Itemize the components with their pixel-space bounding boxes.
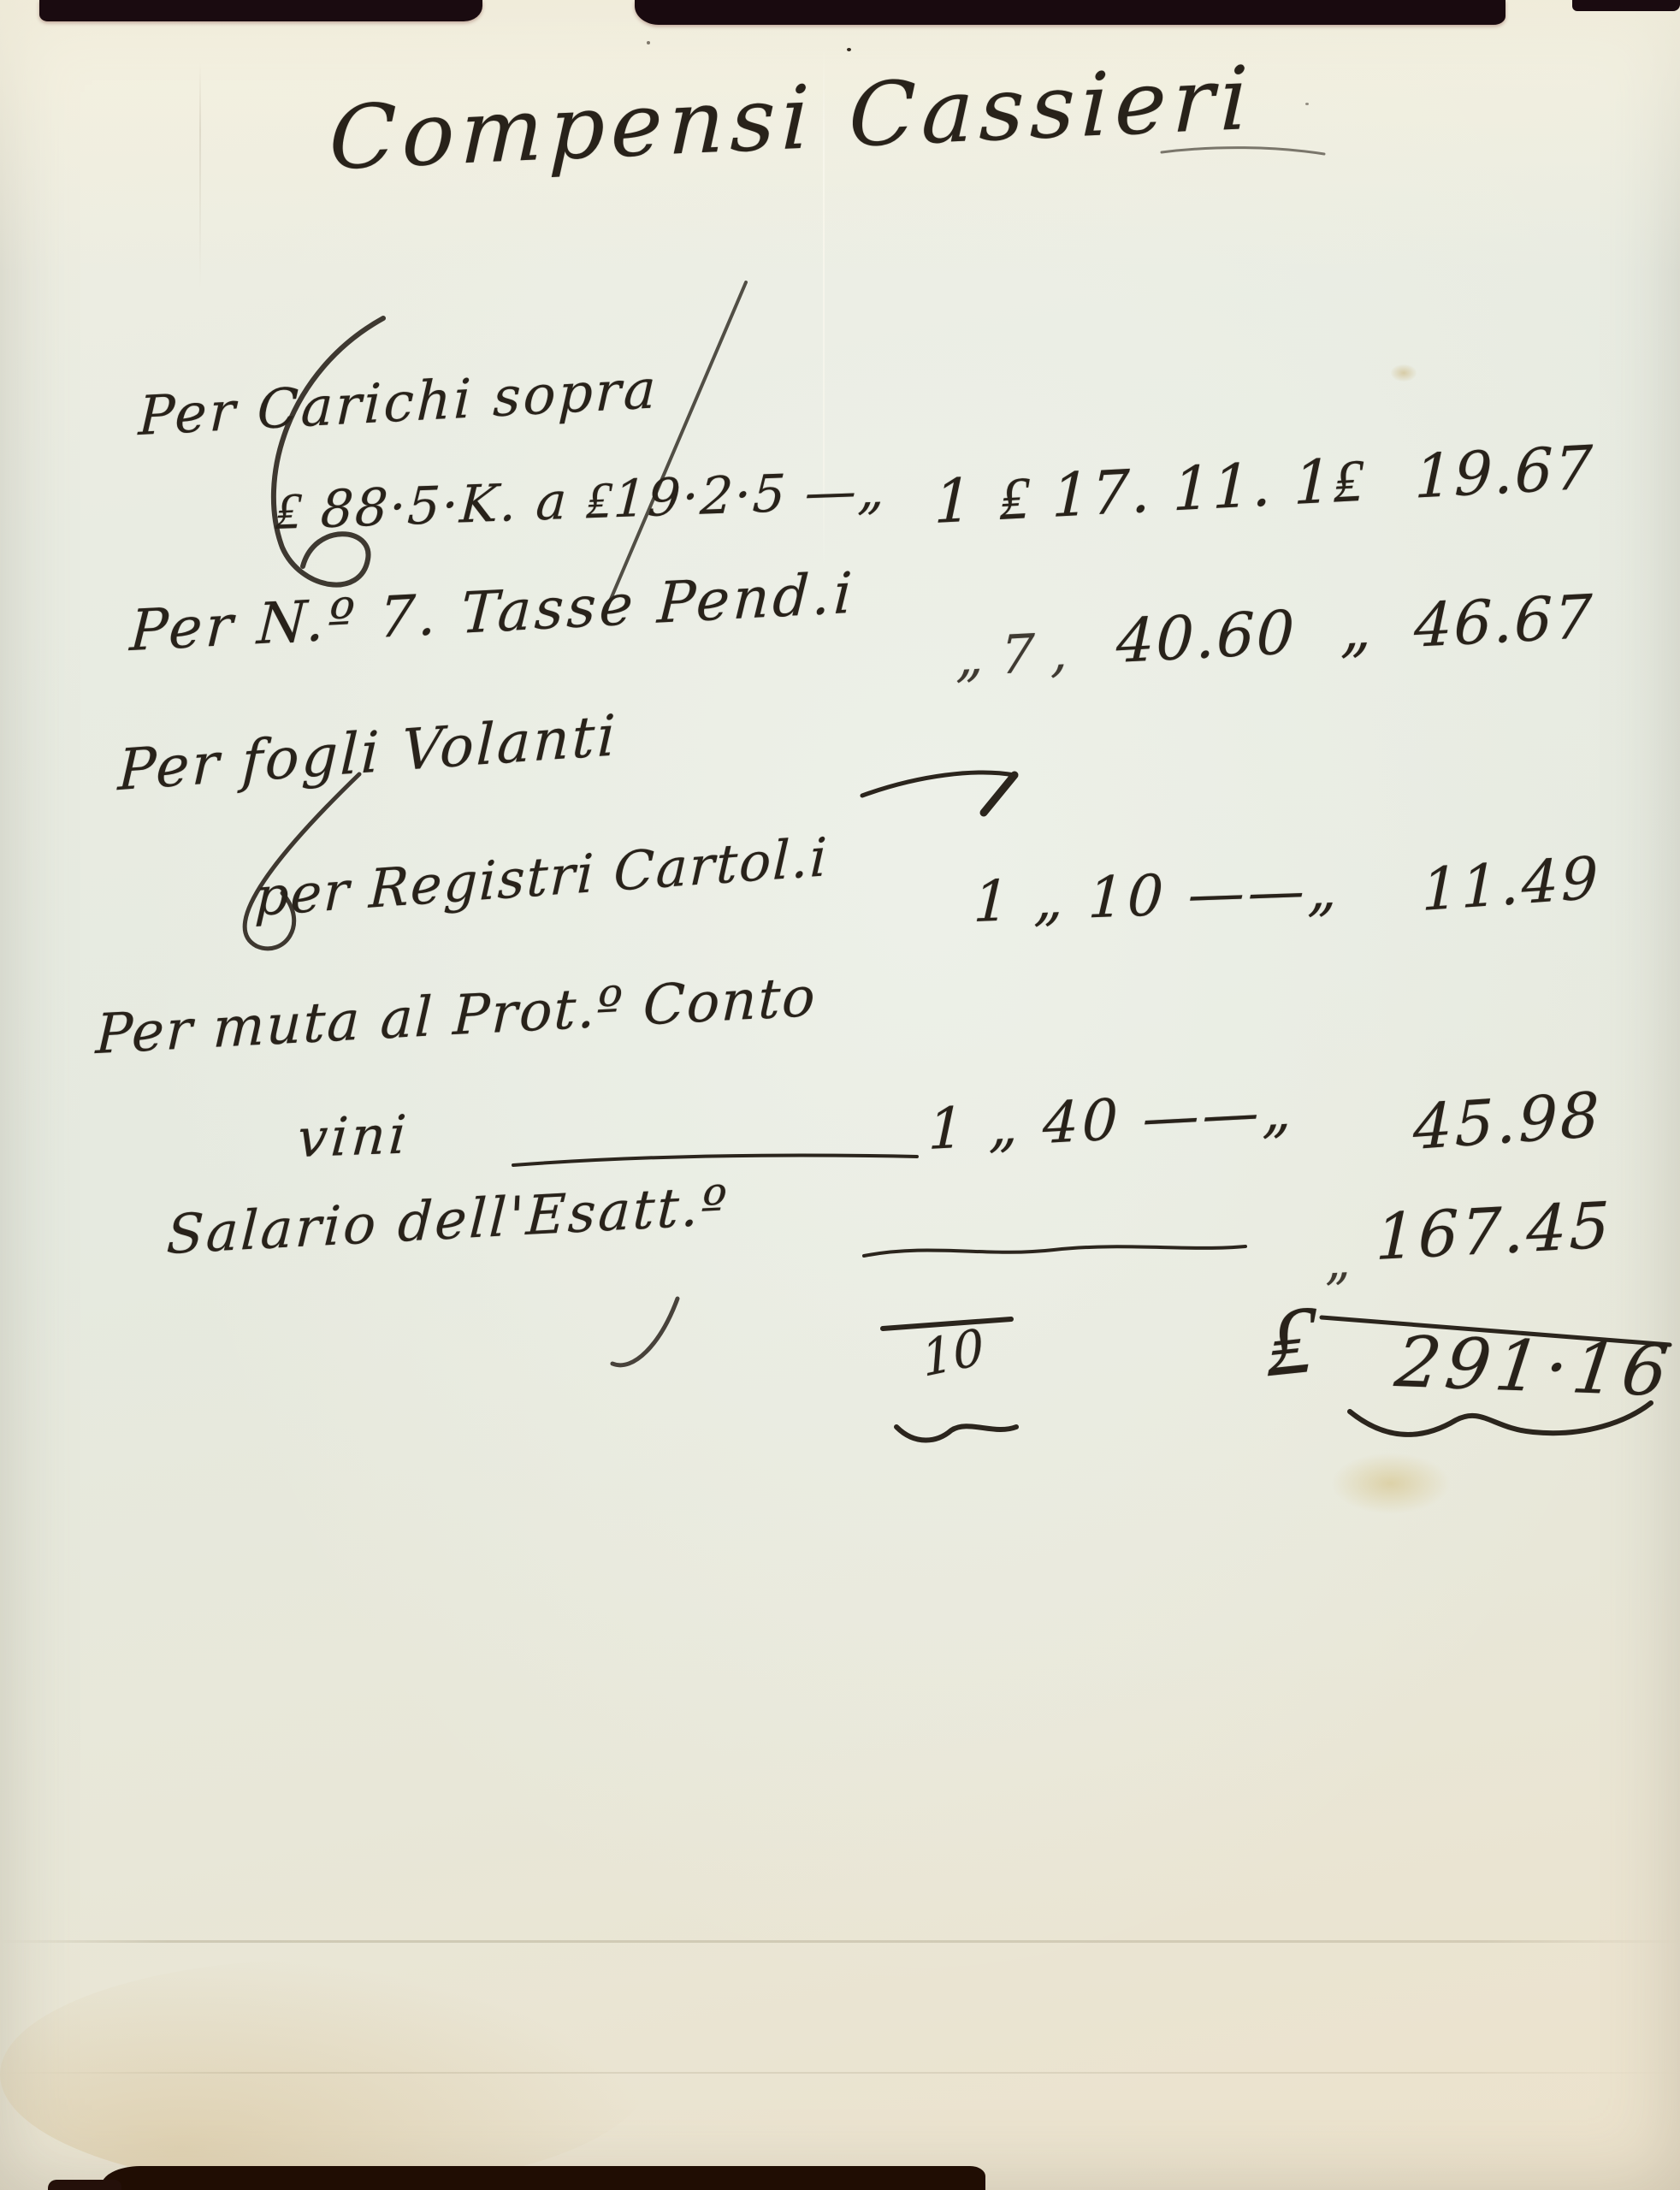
page-title: Compensi Cassieri bbox=[328, 56, 1255, 183]
stain-dot-right bbox=[1391, 364, 1417, 382]
row-vini-total: 45.98 bbox=[1413, 1083, 1602, 1158]
row-vini-figures: 1 „ 40 ——„ bbox=[927, 1082, 1295, 1158]
flourish-volanti-hook bbox=[984, 775, 1015, 813]
crease-line-horizontal-2 bbox=[0, 2072, 1680, 2074]
tasse-total: 46.67 bbox=[1413, 582, 1594, 661]
total-amount: 291·16 bbox=[1392, 1328, 1677, 1407]
stain-under-total bbox=[1331, 1453, 1451, 1514]
vini-connector-dash bbox=[513, 1156, 917, 1165]
stain-bottom-left bbox=[0, 1959, 650, 2190]
carichi-total: 19.67 bbox=[1414, 432, 1595, 512]
row-tasse-label: Per N.º 7. Tasse Pend.i bbox=[128, 565, 856, 660]
crease-line-vertical-2 bbox=[199, 62, 201, 288]
row-carichi-detail: ₤ 88·5·K. a ₤19·2·5 —„ bbox=[274, 465, 887, 537]
salario-connector-wave bbox=[864, 1246, 1245, 1256]
row-heading-muta: Per muta al Prot.º Conto bbox=[95, 970, 818, 1062]
row-heading-fogli: Per fogli Volanti bbox=[117, 707, 618, 799]
row-carichi-figures: 1₤ 17. 11. 1₤19.67 bbox=[933, 437, 1594, 532]
row-registri-total: 11.49 bbox=[1422, 849, 1600, 920]
torn-edge-top-left bbox=[39, 0, 482, 21]
torn-edge-bottom bbox=[101, 2166, 985, 2190]
torn-edge-top-center bbox=[635, 0, 1505, 25]
row-salario-sep: „ bbox=[1322, 1235, 1351, 1286]
row-registri-label: per Registri Cartol.i bbox=[254, 831, 830, 924]
crease-line-horizontal-1 bbox=[0, 1940, 1680, 1943]
salario-descender-hook bbox=[612, 1299, 677, 1365]
ink-speck bbox=[647, 41, 650, 44]
ink-speck bbox=[847, 48, 851, 51]
manuscript-page: Compensi Cassieri Per Carichi sopra ₤ 88… bbox=[0, 0, 1680, 2190]
flourish-loop-carichi bbox=[274, 318, 383, 585]
row-heading-carichi: Per Carichi sopra bbox=[138, 362, 660, 443]
flourish-ascender-sopra bbox=[609, 282, 746, 603]
row-registri-figures: 1 „ 10 ——„ bbox=[973, 861, 1341, 931]
torn-edge-top-right bbox=[1572, 0, 1680, 11]
subtotal-squiggle bbox=[896, 1426, 1016, 1440]
subtotal-mark: 10 bbox=[920, 1322, 986, 1384]
row-salario-label: Salario dell'Esatt.º bbox=[165, 1178, 730, 1262]
torn-edge-bottom-left bbox=[48, 2180, 121, 2190]
row-vini-label: vini bbox=[296, 1108, 411, 1165]
tasse-sep: „ bbox=[1340, 593, 1374, 665]
carichi-qty: 1 bbox=[933, 465, 974, 537]
total-currency-symbol: ₤ bbox=[1266, 1290, 1317, 1392]
row-tasse-figures: 40.60„46.67 bbox=[1115, 587, 1594, 672]
flourish-volanti-line bbox=[862, 772, 1015, 796]
row-salario-total: 167.45 bbox=[1375, 1193, 1612, 1270]
row-tasse-qty: „ 7 , bbox=[955, 625, 1069, 684]
carichi-amount: ₤ 17. 11. 1₤ bbox=[999, 445, 1366, 535]
tasse-amount: 40.60 bbox=[1115, 597, 1297, 677]
ink-speck bbox=[1305, 103, 1309, 105]
